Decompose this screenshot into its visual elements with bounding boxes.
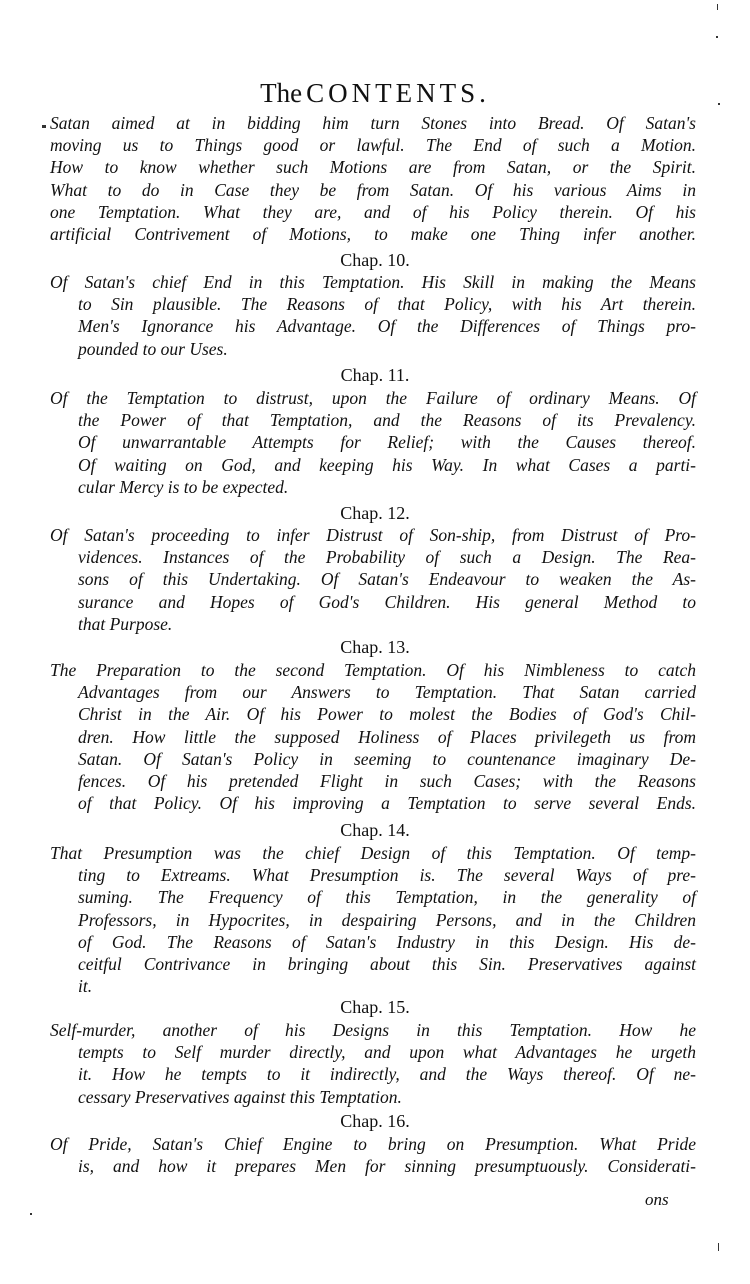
text-line: Of unwarrantable Attempts for Relief; wi… — [50, 431, 696, 453]
text-line: dren. How little the supposed Holiness o… — [50, 726, 696, 748]
text-line: to Sin plausible. The Reasons of that Po… — [50, 293, 696, 315]
text-line: of that Policy. Of his improving a Tempt… — [50, 792, 696, 814]
title-contents: CONTENTS. — [306, 78, 490, 108]
chapter-heading-14: Chap. 14. — [0, 820, 750, 841]
text-line: it. — [50, 975, 696, 997]
text-line: vidences. Instances of the Probability o… — [50, 546, 696, 568]
text-line: sons of this Undertaking. Of Satan's End… — [50, 568, 696, 590]
chapter-heading-12: Chap. 12. — [0, 503, 750, 524]
chapter-heading-10: Chap. 10. — [0, 250, 750, 271]
chapter-heading-11: Chap. 11. — [0, 365, 750, 386]
text-line: suming. The Frequency of this Temptation… — [50, 886, 696, 908]
text-line: tempts to Self murder directly, and upon… — [50, 1041, 696, 1063]
text-line: Satan aimed at in bidding him turn Stone… — [50, 112, 696, 134]
chapter-summary-13: The Preparation to the second Temptation… — [50, 659, 696, 814]
scan-speck — [30, 1213, 32, 1215]
chapter-heading-13: Chap. 13. — [0, 637, 750, 658]
text-line: ting to Extreams. What Presumption is. T… — [50, 864, 696, 886]
text-line: fences. Of his pretended Flight in such … — [50, 770, 696, 792]
text-line: the Power of that Temptation, and the Re… — [50, 409, 696, 431]
text-line: Satan. Of Satan's Policy in seeming to c… — [50, 748, 696, 770]
page-title: TheCONTENTS. — [0, 78, 750, 109]
chapter-summary-12: Of Satan's proceeding to infer Distrust … — [50, 524, 696, 635]
text-line: Professors, in Hypocrites, in despairing… — [50, 909, 696, 931]
text-line: Men's Ignorance his Advantage. Of the Di… — [50, 315, 696, 337]
text-line: of God. The Reasons of Satan's Industry … — [50, 931, 696, 953]
text-line: is, and how it prepares Men for sinning … — [50, 1155, 696, 1177]
text-line: Self-murder, another of his Designs in t… — [50, 1019, 696, 1041]
chapter-heading-15: Chap. 15. — [0, 997, 750, 1018]
book-page: TheCONTENTS. Satan aimed at in bidding h… — [0, 0, 750, 1284]
catchword: ons — [645, 1190, 669, 1210]
text-line: that Purpose. — [50, 613, 696, 635]
text-line: moving us to Things good or lawful. The … — [50, 134, 696, 156]
text-line: Of Satan's chief End in this Temptation.… — [50, 271, 696, 293]
text-line: Of Pride, Satan's Chief Engine to bring … — [50, 1133, 696, 1155]
text-line: How to know whether such Motions are fro… — [50, 156, 696, 178]
text-line: surance and Hopes of God's Children. His… — [50, 591, 696, 613]
text-line: artificial Contrivement of Motions, to m… — [50, 223, 696, 245]
text-line: pounded to our Uses. — [50, 338, 696, 360]
chapter-summary-15: Self-murder, another of his Designs in t… — [50, 1019, 696, 1108]
text-line: Of Satan's proceeding to infer Distrust … — [50, 524, 696, 546]
scan-speck — [42, 125, 46, 128]
text-line: Advantages from our Answers to Temptatio… — [50, 681, 696, 703]
text-line: cular Mercy is to be expected. — [50, 476, 696, 498]
chapter-summary-16: Of Pride, Satan's Chief Engine to bring … — [50, 1133, 696, 1177]
text-line: ceitful Contrivance in bringing about th… — [50, 953, 696, 975]
chapter-heading-16: Chap. 16. — [0, 1111, 750, 1132]
text-line: it. How he tempts to it indirectly, and … — [50, 1063, 696, 1085]
scan-speck — [718, 1243, 719, 1251]
chapter-summary-11: Of the Temptation to distrust, upon the … — [50, 387, 696, 498]
intro-paragraph: Satan aimed at in bidding him turn Stone… — [50, 112, 696, 245]
text-line: The Preparation to the second Temptation… — [50, 659, 696, 681]
scan-speck — [716, 36, 718, 38]
text-line: Christ in the Air. Of his Power to moles… — [50, 703, 696, 725]
text-line: What to do in Case they be from Satan. O… — [50, 179, 696, 201]
text-line: That Presumption was the chief Design of… — [50, 842, 696, 864]
text-line: Of the Temptation to distrust, upon the … — [50, 387, 696, 409]
scan-speck — [718, 103, 720, 105]
text-line: Of waiting on God, and keeping his Way. … — [50, 454, 696, 476]
scan-speck — [717, 4, 718, 10]
text-line: one Temptation. What they are, and of hi… — [50, 201, 696, 223]
chapter-summary-10: Of Satan's chief End in this Temptation.… — [50, 271, 696, 360]
text-line: cessary Preservatives against this Tempt… — [50, 1086, 696, 1108]
title-the: The — [260, 78, 302, 108]
chapter-summary-14: That Presumption was the chief Design of… — [50, 842, 696, 997]
